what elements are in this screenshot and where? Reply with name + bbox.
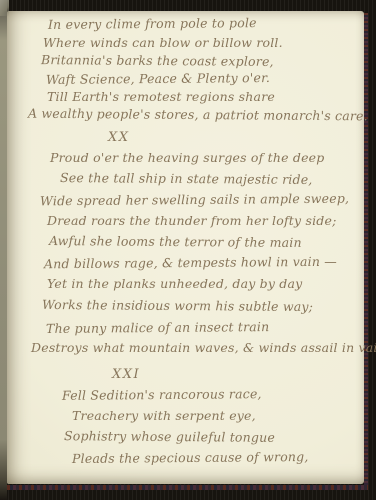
poem-line: Yet in the planks unheeded, day by day [47,277,302,291]
poem-line: Sophistry whose guileful tongue [64,429,275,445]
poem-line: Fell Sedition's rancorous race, [62,387,262,403]
poem-line: Britannia's barks the coast explore, [41,53,274,69]
poem-line: Till Earth's remotest regions share [47,90,275,104]
poem-line: Awful she looms the terror of the main [49,234,302,250]
poem-line: Destroys what mountain waves, & winds as… [31,341,376,355]
poem-line: Works the insidious worm his subtle way; [42,298,313,314]
poem-line: In every clime from pole to pole [48,16,257,32]
poem-line: See the tall ship in state majestic ride… [60,171,313,187]
poem-line: And billows rage, & tempests howl in vai… [44,255,337,272]
poem-line: Proud o'er the heaving surges of the dee… [50,151,324,165]
stanza-heading: XXI [112,367,140,382]
poem-line: Where winds can blow or billow roll. [43,36,283,50]
poem-line: Treachery with serpent eye, [72,409,256,423]
handwritten-poem: In every clime from pole to pole Where w… [0,0,376,500]
poem-line: The puny malice of an insect train [46,320,269,336]
poem-line: Pleads the specious cause of wrong, [72,450,309,466]
poem-line: Wide spread her swelling sails in ample … [40,192,349,209]
stanza-heading: XX [108,130,130,145]
poem-line: Waft Science, Peace & Plenty o'er. [46,71,270,87]
book-photo-frame: In every clime from pole to pole Where w… [0,0,376,500]
poem-line: A wealthy people's stores, a patriot mon… [28,107,368,124]
poem-line: Dread roars the thunder from her lofty s… [47,214,337,228]
